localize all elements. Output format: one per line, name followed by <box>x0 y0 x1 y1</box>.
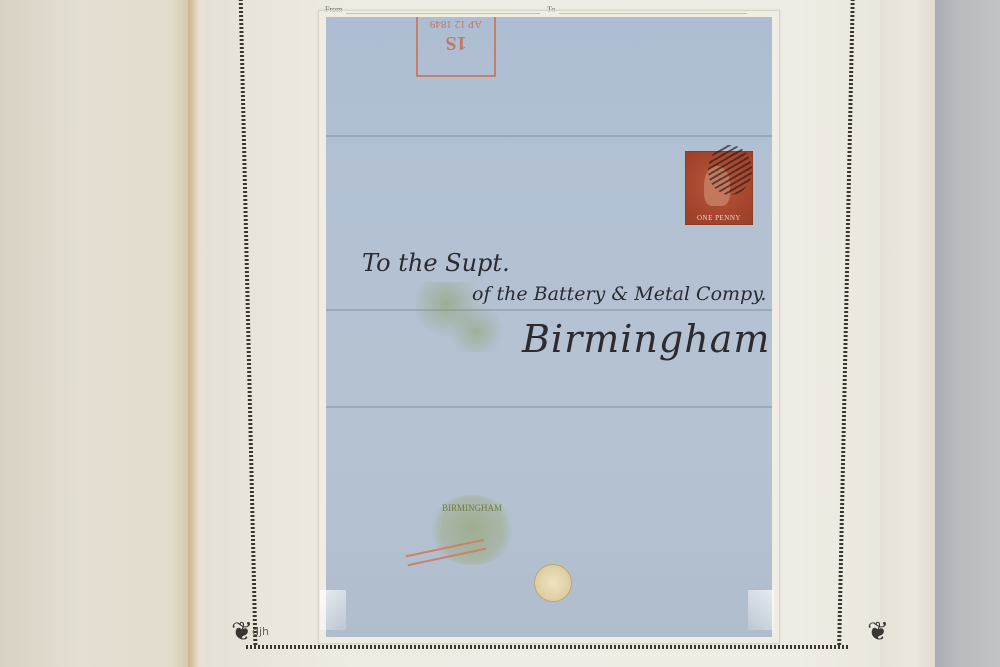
fold-line <box>326 406 772 408</box>
stamp-legend: ONE PENNY <box>686 214 752 222</box>
fold-line <box>326 309 772 311</box>
fold-line <box>326 135 772 137</box>
red-postmark: AP 12 1849 1S <box>416 17 496 77</box>
address-line-2: of the Battery & Metal Compy. <box>472 283 766 305</box>
address-line-1: To the Supt. <box>362 249 510 277</box>
green-postmark-text: BIRMINGHAM <box>428 495 516 513</box>
page-initials: djh <box>252 625 269 638</box>
mount-corner <box>320 590 346 630</box>
background-surface <box>935 0 1000 667</box>
mount-corner <box>748 590 774 630</box>
maltese-cross-cancel-icon <box>708 145 752 195</box>
address-line-3: Birmingham <box>522 317 770 361</box>
red-postmark-code: 1S <box>418 31 494 54</box>
border-bottom <box>246 645 848 649</box>
letter-cover: AP 12 1849 1S ONE PENNY To the Supt. of … <box>326 17 772 637</box>
wax-seal-icon <box>534 564 572 602</box>
border-right <box>837 0 855 649</box>
corner-ornament-icon: ❦ <box>858 612 898 652</box>
border-left <box>239 0 258 649</box>
red-postmark-date: AP 12 1849 <box>418 17 494 31</box>
left-album-page <box>0 0 200 667</box>
page-edge <box>880 0 940 667</box>
